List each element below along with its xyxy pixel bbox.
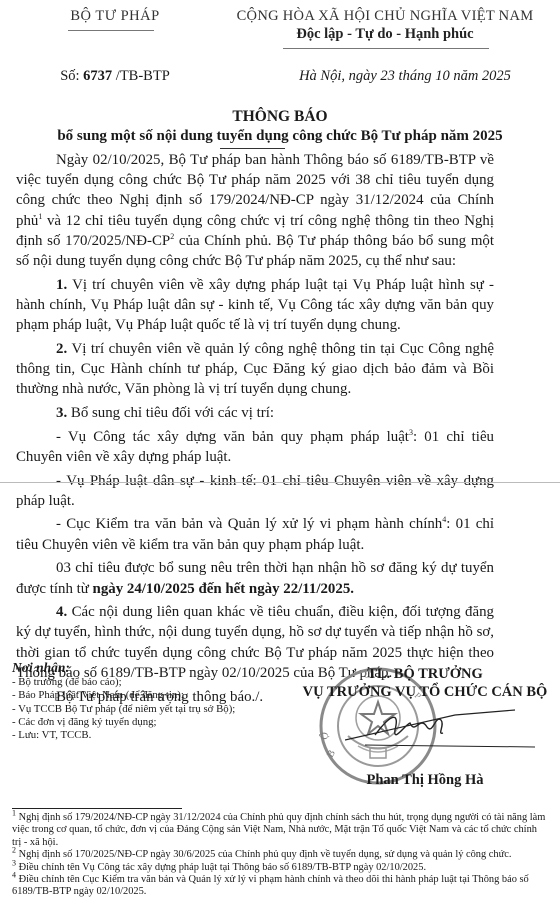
- item-3-number: 3.: [56, 405, 67, 421]
- signature-title: TL. BỘ TRƯỞNG VỤ TRƯỞNG VỤ TỔ CHỨC CÁN B…: [290, 665, 560, 701]
- scan-artifact-line: [0, 482, 560, 483]
- recipients-title: Nơi nhận:: [12, 660, 70, 676]
- national-title: CỘNG HÒA XÃ HỘI CHỦ NGHĨA VIỆT NAM: [210, 8, 560, 25]
- doc-number-label: Số:: [60, 68, 83, 84]
- footnote-3-text: Điều chỉnh tên Vụ Công tác xây dựng pháp…: [16, 862, 426, 873]
- bullet-3-text-a: - Cục Kiểm tra văn bản và Quản lý xử lý …: [56, 516, 442, 532]
- item-2: 2. Vị trí chuyên viên về quản lý công ng…: [16, 339, 494, 400]
- recipient-item: - Bộ trưởng (để báo cáo);: [12, 676, 235, 689]
- doc-number-suffix: /TB-BTP: [112, 68, 170, 84]
- footnote-4-text: Điều chỉnh tên Cục Kiểm tra văn bản và Q…: [12, 874, 529, 897]
- subtitle-underline: [220, 148, 285, 149]
- item-1-number: 1.: [56, 277, 67, 293]
- svg-text:Ộ: Ộ: [318, 731, 331, 740]
- signature-line-2: VỤ TRƯỞNG VỤ TỔ CHỨC CÁN BỘ: [290, 683, 560, 701]
- recipient-item: - Các đơn vị đăng ký tuyển dụng;: [12, 716, 235, 729]
- document-number: Số: 6737 /TB-BTP: [40, 68, 190, 85]
- item-3-text: Bổ sung chỉ tiêu đối với các vị trí:: [67, 405, 274, 421]
- footnote-2-text: Nghị định số 170/2025/NĐ-CP ngày 30/6/20…: [16, 849, 511, 860]
- footnote-1-text: Nghị định số 179/2024/NĐ-CP ngày 31/12/2…: [12, 812, 545, 848]
- recipient-item: - Lưu: VT, TCCB.: [12, 729, 235, 742]
- footnote-3: 3 Điều chỉnh tên Vụ Công tác xây dựng ph…: [12, 862, 547, 874]
- footnotes: 1 Nghị định số 179/2024/NĐ-CP ngày 31/12…: [12, 812, 547, 899]
- document-title: THÔNG BÁO: [0, 108, 560, 126]
- signature-line-1: TL. BỘ TRƯỞNG: [290, 665, 560, 683]
- handwritten-signature-icon: [345, 705, 535, 750]
- footnote-separator: [12, 808, 182, 809]
- agency-underline: [68, 30, 154, 31]
- signer-name: Phan Thị Hồng Hà: [290, 772, 560, 789]
- recipient-item: - Báo Pháp luật Việt Nam (để đăng tin);: [12, 689, 235, 702]
- issuing-agency: BỘ TƯ PHÁP: [40, 8, 190, 25]
- recipients-list: - Bộ trưởng (để báo cáo); - Báo Pháp luậ…: [12, 676, 235, 742]
- item-3: 3. Bổ sung chỉ tiêu đối với các vị trí:: [16, 403, 494, 423]
- footnote-1: 1 Nghị định số 179/2024/NĐ-CP ngày 31/12…: [12, 812, 547, 849]
- quota-bullet-3: - Cục Kiểm tra văn bản và Quản lý xử lý …: [16, 514, 494, 554]
- bullet-1-text-a: - Vụ Công tác xây dựng văn bản quy phạm …: [56, 429, 409, 445]
- intro-paragraph: Ngày 02/10/2025, Bộ Tư pháp ban hành Thô…: [16, 150, 494, 271]
- national-motto: Độc lập - Tự do - Hạnh phúc: [210, 26, 560, 43]
- item-1-text: Vị trí chuyên viên về xây dựng pháp luật…: [16, 277, 494, 333]
- deadline-dates: ngày 24/10/2025 đến hết ngày 22/11/2025.: [93, 581, 354, 597]
- place-date: Hà Nội, ngày 23 tháng 10 năm 2025: [250, 68, 560, 85]
- svg-text:B: B: [325, 748, 338, 760]
- quota-bullet-1: - Vụ Công tác xây dựng văn bản quy phạm …: [16, 427, 494, 467]
- recipient-item: - Vụ TCCB Bộ Tư pháp (để niêm yết tại tr…: [12, 703, 235, 716]
- motto-underline: [283, 48, 489, 49]
- footnote-2: 2 Nghị định số 170/2025/NĐ-CP ngày 30/6/…: [12, 849, 547, 861]
- item-2-number: 2.: [56, 341, 67, 357]
- quota-bullet-2: - Vụ Pháp luật dân sự - kinh tế: 01 chỉ …: [16, 471, 494, 511]
- doc-number-value: 6737: [83, 68, 112, 84]
- footnote-4: 4 Điều chỉnh tên Cục Kiểm tra văn bản và…: [12, 874, 547, 899]
- item-4-number: 4.: [56, 604, 67, 620]
- document-subtitle: bổ sung một số nội dung tuyển dụng công …: [0, 128, 560, 145]
- document-body: Ngày 02/10/2025, Bộ Tư pháp ban hành Thô…: [16, 150, 494, 710]
- deadline-paragraph: 03 chỉ tiêu được bổ sung nêu trên thời h…: [16, 558, 494, 598]
- item-1: 1. Vị trí chuyên viên về xây dựng pháp l…: [16, 275, 494, 336]
- item-2-text: Vị trí chuyên viên về quản lý công nghệ …: [16, 341, 494, 397]
